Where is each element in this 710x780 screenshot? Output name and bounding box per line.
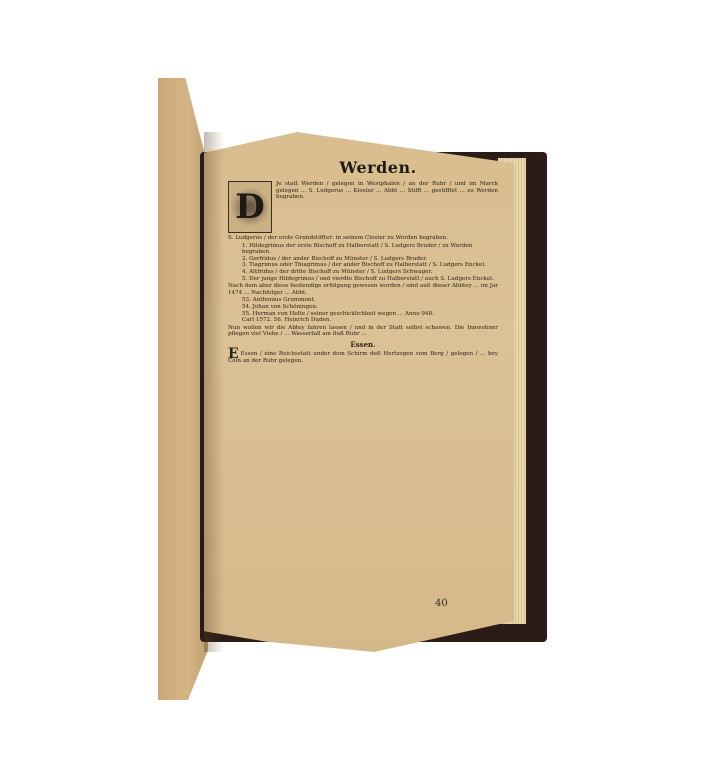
page-title: Werden. xyxy=(258,158,498,177)
page-number: 40 xyxy=(435,598,448,609)
list-heading: S. Ludgerus / der erste Grundstiffter: i… xyxy=(228,235,498,242)
section-paragraph: E Essen / eine Reichsstatt under dem Sch… xyxy=(228,351,498,364)
page-content: Werden. D Je statt Werden / gelegen in W… xyxy=(228,158,498,364)
middle-paragraph: Nach dem aber diese bestendige erfolgung… xyxy=(228,283,498,296)
founders-list: 1. Hildegrimus der erste Bischoff zu Hal… xyxy=(242,243,498,283)
decorated-initial: D xyxy=(228,181,272,233)
list-item: 4. Altfridus / der dritte Bischoff zu Mü… xyxy=(242,269,498,276)
list-item: 2. Gerfridus / der ander Bischoff zu Mün… xyxy=(242,256,498,263)
book-photo: Werden. D Je statt Werden / gelegen in W… xyxy=(0,0,710,780)
gutter-shadow xyxy=(204,132,224,652)
section-text: Essen / eine Reichsstatt under dem Schir… xyxy=(228,351,498,364)
body-paragraph: Nun wollen wir die Abtey fahren lassen /… xyxy=(228,325,498,338)
list-item: 54. Johan von Schöningen. xyxy=(242,304,498,311)
list-item: 1. Hildegrimus der erste Bischoff zu Hal… xyxy=(242,243,498,256)
list-item: 5. Der junge Hildegrimus / und vierdte B… xyxy=(242,276,498,283)
abbots-list: 53. Anthonius Grummont. 54. Johan von Sc… xyxy=(242,297,498,323)
section-initial: E xyxy=(228,351,239,358)
list-item: Carl 1572. 56. Heinrich Duden. xyxy=(242,317,498,324)
section-title: Essen. xyxy=(228,340,498,349)
list-item: 3. Tiagrimus oder Thiagrimus / der ander… xyxy=(242,262,498,269)
list-item: 55. Herman von Holte / seiner geschickli… xyxy=(242,311,498,318)
list-item: 53. Anthonius Grummont. xyxy=(242,297,498,304)
